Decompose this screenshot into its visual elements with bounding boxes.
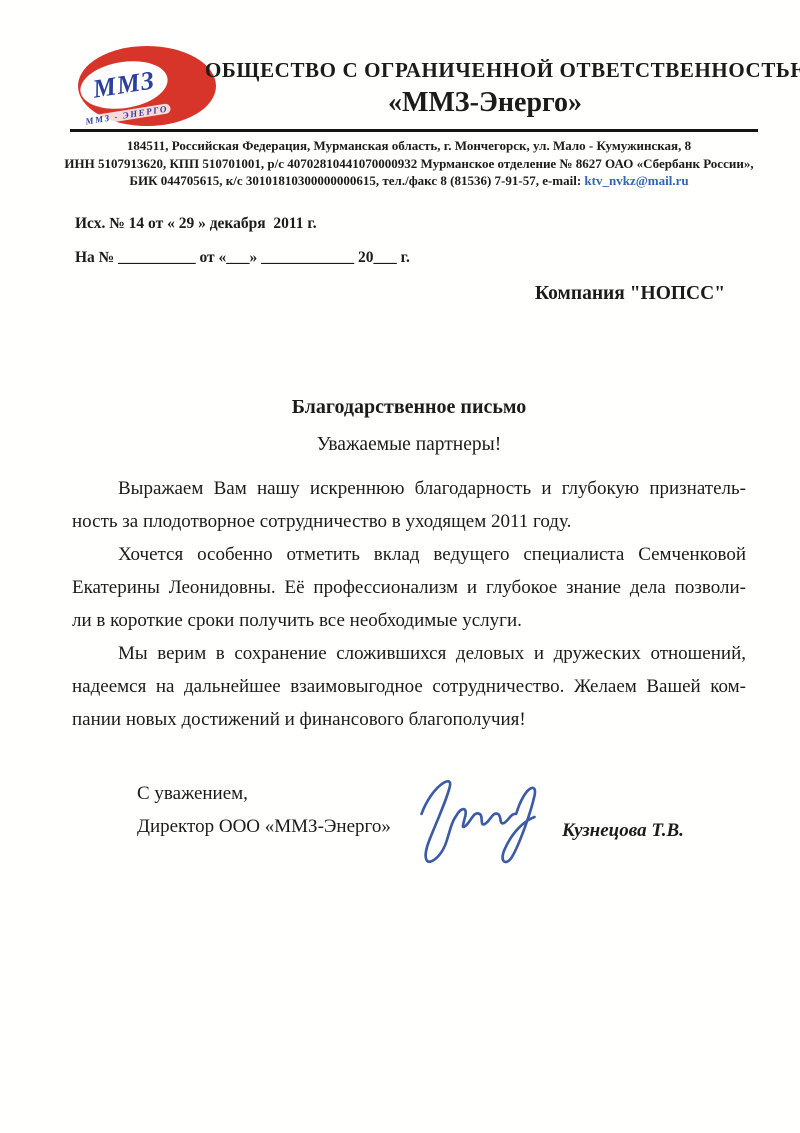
signer-name: Кузнецова Т.В. [562, 820, 684, 842]
body-line: Хочется особенно отметить вклад ведущего… [72, 538, 746, 571]
requisites-line-3: БИК 044705615, к/с 30101810300000000615,… [56, 172, 762, 190]
body-line: надеемся на дальнейшее взаимовыгодное со… [72, 670, 746, 703]
email-address: ktv_nvkz@mail.ru [584, 173, 688, 188]
salutation-line: Уважаемые партнеры! [72, 434, 746, 456]
org-type-line: ОБЩЕСТВО С ОГРАНИЧЕННОЙ ОТВЕТСТВЕННОСТЬЮ [205, 57, 765, 83]
recipient-name: Компания "НОПСС" [535, 283, 725, 305]
letterhead-divider [70, 129, 758, 132]
letter-title: Благодарственное письмо [72, 396, 746, 419]
body-line: ность за плодотворное сотрудничество в у… [72, 505, 746, 538]
requisites-line-3-text: БИК 044705615, к/с 30101810300000000615,… [129, 173, 584, 188]
body-line: ли в короткие сроки получить все необход… [72, 604, 746, 637]
org-name-line: «ММЗ-Энерго» [205, 86, 765, 120]
letter-body: Выражаем Вам нашу искреннюю благодарност… [72, 472, 746, 736]
requisites-block: 184511, Российская Федерация, Мурманская… [56, 137, 762, 190]
closing-line: С уважением, [137, 783, 248, 805]
body-line: пании новых достижений и финансового бла… [72, 703, 746, 736]
incoming-ref-line: На № __________ от «___» ____________ 20… [75, 249, 410, 267]
body-line: Екатерины Леонидовны. Её профессионализм… [72, 571, 746, 604]
scanned-letter-page: ММЗ ММЗ - ЭНЕРГО ОБЩЕСТВО С ОГРАНИЧЕННОЙ… [0, 0, 800, 1133]
outgoing-ref-line: Исх. № 14 от « 29 » декабря 2011 г. [75, 215, 317, 233]
requisites-line-2: ИНН 5107913620, КПП 510701001, р/с 40702… [56, 155, 762, 173]
company-logo: ММЗ ММЗ - ЭНЕРГО [78, 44, 218, 132]
handwritten-signature [393, 768, 561, 870]
letterhead: ОБЩЕСТВО С ОГРАНИЧЕННОЙ ОТВЕТСТВЕННОСТЬЮ… [205, 57, 765, 120]
body-line: Выражаем Вам нашу искреннюю благодарност… [72, 472, 746, 505]
signer-position: Директор ООО «ММЗ-Энерго» [137, 816, 391, 838]
body-line: Мы верим в сохранение сложившихся деловы… [72, 637, 746, 670]
requisites-line-1: 184511, Российская Федерация, Мурманская… [56, 137, 762, 155]
